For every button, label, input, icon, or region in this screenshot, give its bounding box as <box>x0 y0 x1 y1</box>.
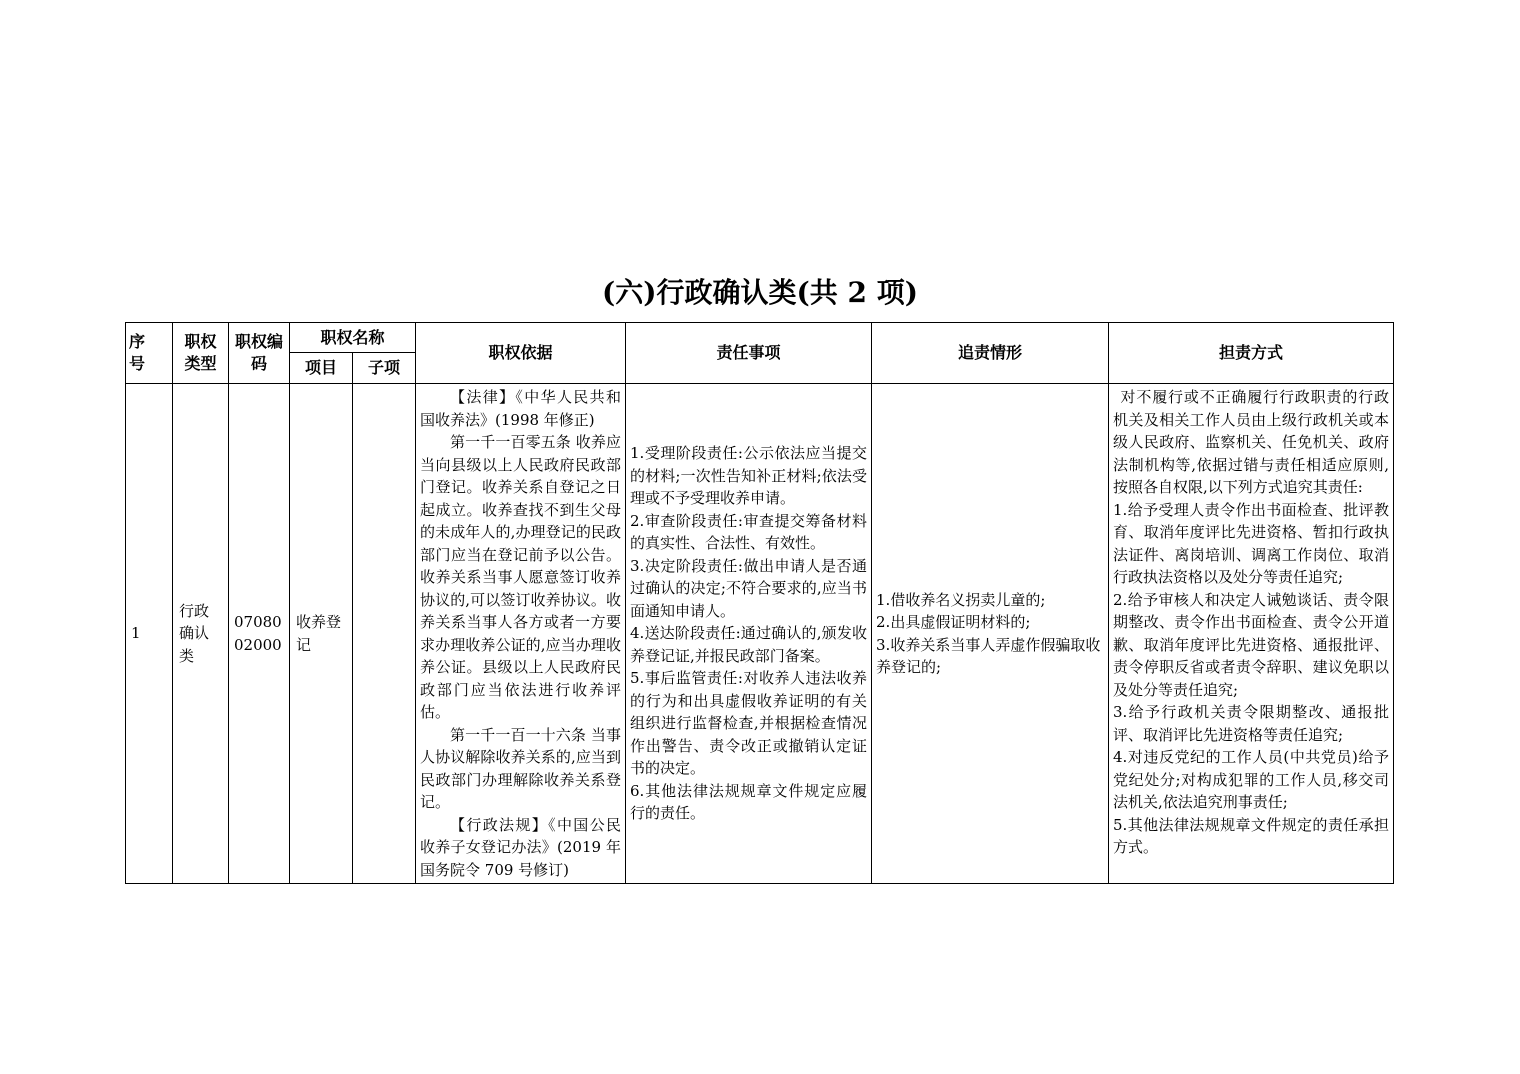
col-header-power-basis: 职权依据 <box>416 323 626 384</box>
cell-power-type: 行政确认类 <box>173 384 229 884</box>
paragraph: 【法律】《中华人民共和国收养法》(1998 年修正) <box>420 386 621 431</box>
col-header-responsibility-items: 责任事项 <box>626 323 872 384</box>
cell-power-basis: 【法律】《中华人民共和国收养法》(1998 年修正)第一千一百零五条 收养应当向… <box>416 384 626 884</box>
paragraph: 【行政法规】《中国公民收养子女登记办法》(2019 年国务院令 709 号修订) <box>420 814 621 882</box>
paragraph: 5.事后监管责任:对收养人违法收养的行为和出具虚假收养证明的有关组织进行监督检查… <box>630 667 867 780</box>
col-header-index: 序号 <box>126 323 173 384</box>
cell-sub-item <box>353 384 416 884</box>
cell-responsibility-items: 1.受理阶段责任:公示依法应当提交的材料;一次性告知补正材料;依法受理或不予受理… <box>626 384 872 884</box>
paragraph: 第一千一百一十六条 当事人协议解除收养关系的,应当到民政部门办理解除收养关系登记… <box>420 724 621 814</box>
cell-index: 1 <box>126 384 173 884</box>
col-header-sub-item: 子项 <box>353 353 416 384</box>
liability-items: 1.给予受理人责令作出书面检查、批评教育、取消年度评比先进资格、暂扣行政执法证件… <box>1113 499 1389 859</box>
paragraph: 2.给予审核人和决定人诫勉谈话、责令限期整改、责令作出书面检查、责令公开道歉、取… <box>1113 589 1389 702</box>
paragraph: 1.给予受理人责令作出书面检查、批评教育、取消年度评比先进资格、暂扣行政执法证件… <box>1113 499 1389 589</box>
page-title: (六)行政确认类(共 2 项) <box>125 0 1395 310</box>
paragraph: 6.其他法律法规规章文件规定应履行的责任。 <box>630 780 867 825</box>
paragraph: 3.给予行政机关责令限期整改、通报批评、取消评比先进资格等责任追究; <box>1113 701 1389 746</box>
paragraph: 第一千一百零五条 收养应当向县级以上人民政府民政部门登记。收养关系自登记之日起成… <box>420 431 621 724</box>
table-row: 1 行政确认类 0708002000 收养登记 【法律】《中华人民共和国收养法》… <box>126 384 1394 884</box>
col-header-liability-methods: 担责方式 <box>1109 323 1394 384</box>
paragraph: 4.对违反党纪的工作人员(中共党员)给予党纪处分;对构成犯罪的工作人员,移交司法… <box>1113 746 1389 814</box>
paragraph: 1.借收养名义拐卖儿童的; <box>876 589 1104 612</box>
table-header: 序号 职权类型 职权编码 职权名称 职权依据 责任事项 追责情形 担责方式 项目… <box>126 323 1394 384</box>
paragraph: 2.审查阶段责任:审查提交筹备材料的真实性、合法性、有效性。 <box>630 510 867 555</box>
paragraph: 5.其他法律法规规章文件规定的责任承担方式。 <box>1113 814 1389 859</box>
col-header-power-type: 职权类型 <box>173 323 229 384</box>
col-header-power-code: 职权编码 <box>229 323 290 384</box>
paragraph: 2.出具虚假证明材料的; <box>876 611 1104 634</box>
col-header-index-label: 序号 <box>129 331 147 375</box>
col-header-project: 项目 <box>290 353 353 384</box>
paragraph: 4.送达阶段责任:通过确认的,颁发收养登记证,并报民政部门备案。 <box>630 622 867 667</box>
liability-intro: 对不履行或不正确履行行政职责的行政机关及相关工作人员由上级行政机关或本级人民政府… <box>1113 386 1389 499</box>
cell-project: 收养登记 <box>290 384 353 884</box>
col-header-power-name: 职权名称 <box>290 323 416 353</box>
document-page: (六)行政确认类(共 2 项) 序号 职权类型 职权编码 职权名称 职权依据 责… <box>0 0 1520 1074</box>
paragraph: 3.决定阶段责任:做出申请人是否通过确认的决定;不符合要求的,应当书面通知申请人… <box>630 555 867 623</box>
cell-liability-methods: 对不履行或不正确履行行政职责的行政机关及相关工作人员由上级行政机关或本级人民政府… <box>1109 384 1394 884</box>
paragraph: 3.收养关系当事人弄虚作假骗取收养登记的; <box>876 634 1104 679</box>
cell-power-code: 0708002000 <box>229 384 290 884</box>
power-responsibility-table: 序号 职权类型 职权编码 职权名称 职权依据 责任事项 追责情形 担责方式 项目… <box>125 322 1394 884</box>
paragraph: 1.受理阶段责任:公示依法应当提交的材料;一次性告知补正材料;依法受理或不予受理… <box>630 442 867 510</box>
col-header-accountability-situations: 追责情形 <box>872 323 1109 384</box>
cell-accountability-situations: 1.借收养名义拐卖儿童的;2.出具虚假证明材料的;3.收养关系当事人弄虚作假骗取… <box>872 384 1109 884</box>
